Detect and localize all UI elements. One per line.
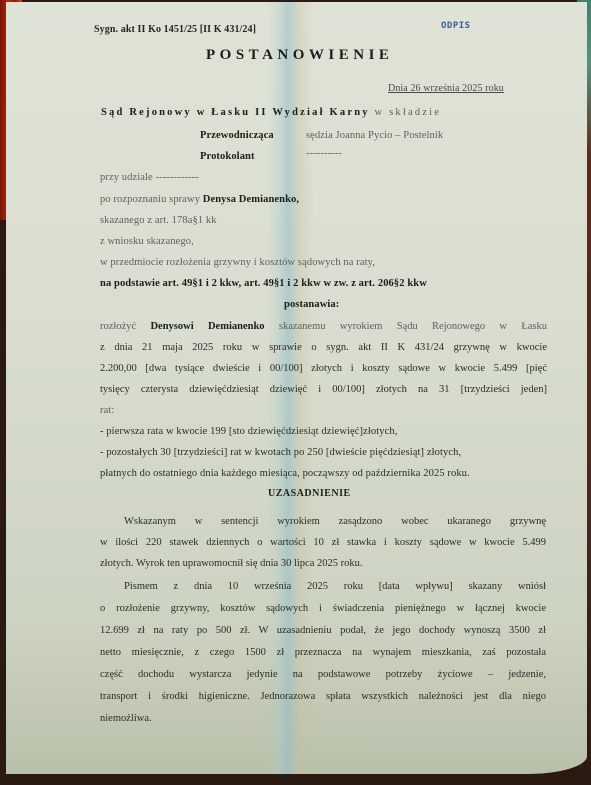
ruling-line-5: rat:	[100, 405, 114, 416]
court-composition-suffix: w składzie	[370, 107, 441, 118]
ruling-installment-first: - pierwsza rata w kwocie 199 [sto dziewi…	[100, 426, 397, 437]
justification-p2-line1: Pismem z dnia 10 września 2025 roku [dat…	[124, 576, 546, 597]
copy-stamp: ODPIS	[441, 21, 471, 31]
justification-p2-line4: netto miesięcznie, z czego 1500 zł przez…	[100, 642, 546, 663]
participation-line: przy udziale ------------	[100, 172, 199, 183]
ruling-line-4: tysięcy czterysta dziewięćdziesiąt dziew…	[100, 379, 547, 400]
justification-p1-line3: złotych. Wyrok ten uprawomocnił się dnia…	[100, 553, 546, 574]
ruling-line-3: 2.200,00 [dwa tysiące dwieście i 00/100]…	[100, 358, 547, 379]
case-line: po rozpoznaniu sprawy Denysa Demianenko,	[100, 194, 299, 205]
presiding-judge: sędzia Joanna Pycio – Postelnik	[306, 130, 443, 141]
justification-heading: UZASADNIENIE	[268, 488, 351, 499]
document-page: Sygn. akt II Ko 1451/25 [II K 431/24] OD…	[6, 2, 587, 774]
justification-p1-line2: w ilości 220 stawek dziennych o wartości…	[100, 532, 546, 553]
justification-p2-line5: część dochodu wystarcza jedynie na podst…	[100, 664, 546, 685]
justification-p2-line2: o rozłożenie grzywny, kosztów sądowych i…	[100, 598, 546, 619]
ruling-line-1: rozłożyć Denysowi Demianenko skazanemu w…	[100, 316, 547, 337]
clerk-value: ----------	[306, 148, 342, 159]
motion-line: z wniosku skazanego,	[100, 236, 194, 247]
legal-basis: na podstawie art. 49§1 i 2 kkw, art. 49§…	[100, 278, 427, 289]
justification-p2-line3: 12.699 zł na raty po 500 zł. W uzasadnie…	[100, 620, 546, 641]
ruling-rest: skazanemu wyrokiem Sądu Rejonowego w Łas…	[265, 321, 547, 332]
document-title: POSTANOWIENIE	[206, 47, 393, 64]
subject-line: w przedmiocie rozłożenia grzywny i koszt…	[100, 257, 375, 268]
court-name: Sąd Rejonowy w Łasku II Wydział Karny	[101, 107, 370, 118]
convict-name: Denysa Demianenko,	[203, 194, 299, 205]
ruling-installment-rest: - pozostałych 30 [trzydzieści] rat w kwo…	[100, 447, 461, 458]
conviction-article: skazanego z art. 178a§1 kk	[100, 215, 217, 226]
clerk-label: Protokolant	[200, 151, 255, 162]
case-signature: Sygn. akt II Ko 1451/25 [II K 431/24]	[94, 24, 256, 35]
justification-p1-line1: Wskazanym w sentencji wyrokiem zasądzono…	[124, 511, 546, 532]
ruling-name: Denysowi Demianenko	[150, 321, 264, 332]
ruling-prefix: rozłożyć	[100, 321, 150, 332]
ruling-line-2: z dnia 21 maja 2025 roku w sprawie o syg…	[100, 337, 547, 358]
document-date: Dnia 26 września 2025 roku	[388, 83, 504, 94]
presiding-label: Przewodnicząca	[200, 130, 274, 141]
justification-p2-line6: transport i środki higieniczne. Jednoraz…	[100, 686, 546, 707]
court-composition: Sąd Rejonowy w Łasku II Wydział Karny w …	[101, 107, 441, 118]
case-prefix: po rozpoznaniu sprawy	[100, 194, 203, 205]
ruling-payment-terms: płatnych do ostatniego dnia każdego mies…	[100, 468, 470, 479]
justification-p2-line7: niemożliwa.	[100, 708, 546, 729]
decides-heading: postanawia:	[284, 299, 339, 310]
